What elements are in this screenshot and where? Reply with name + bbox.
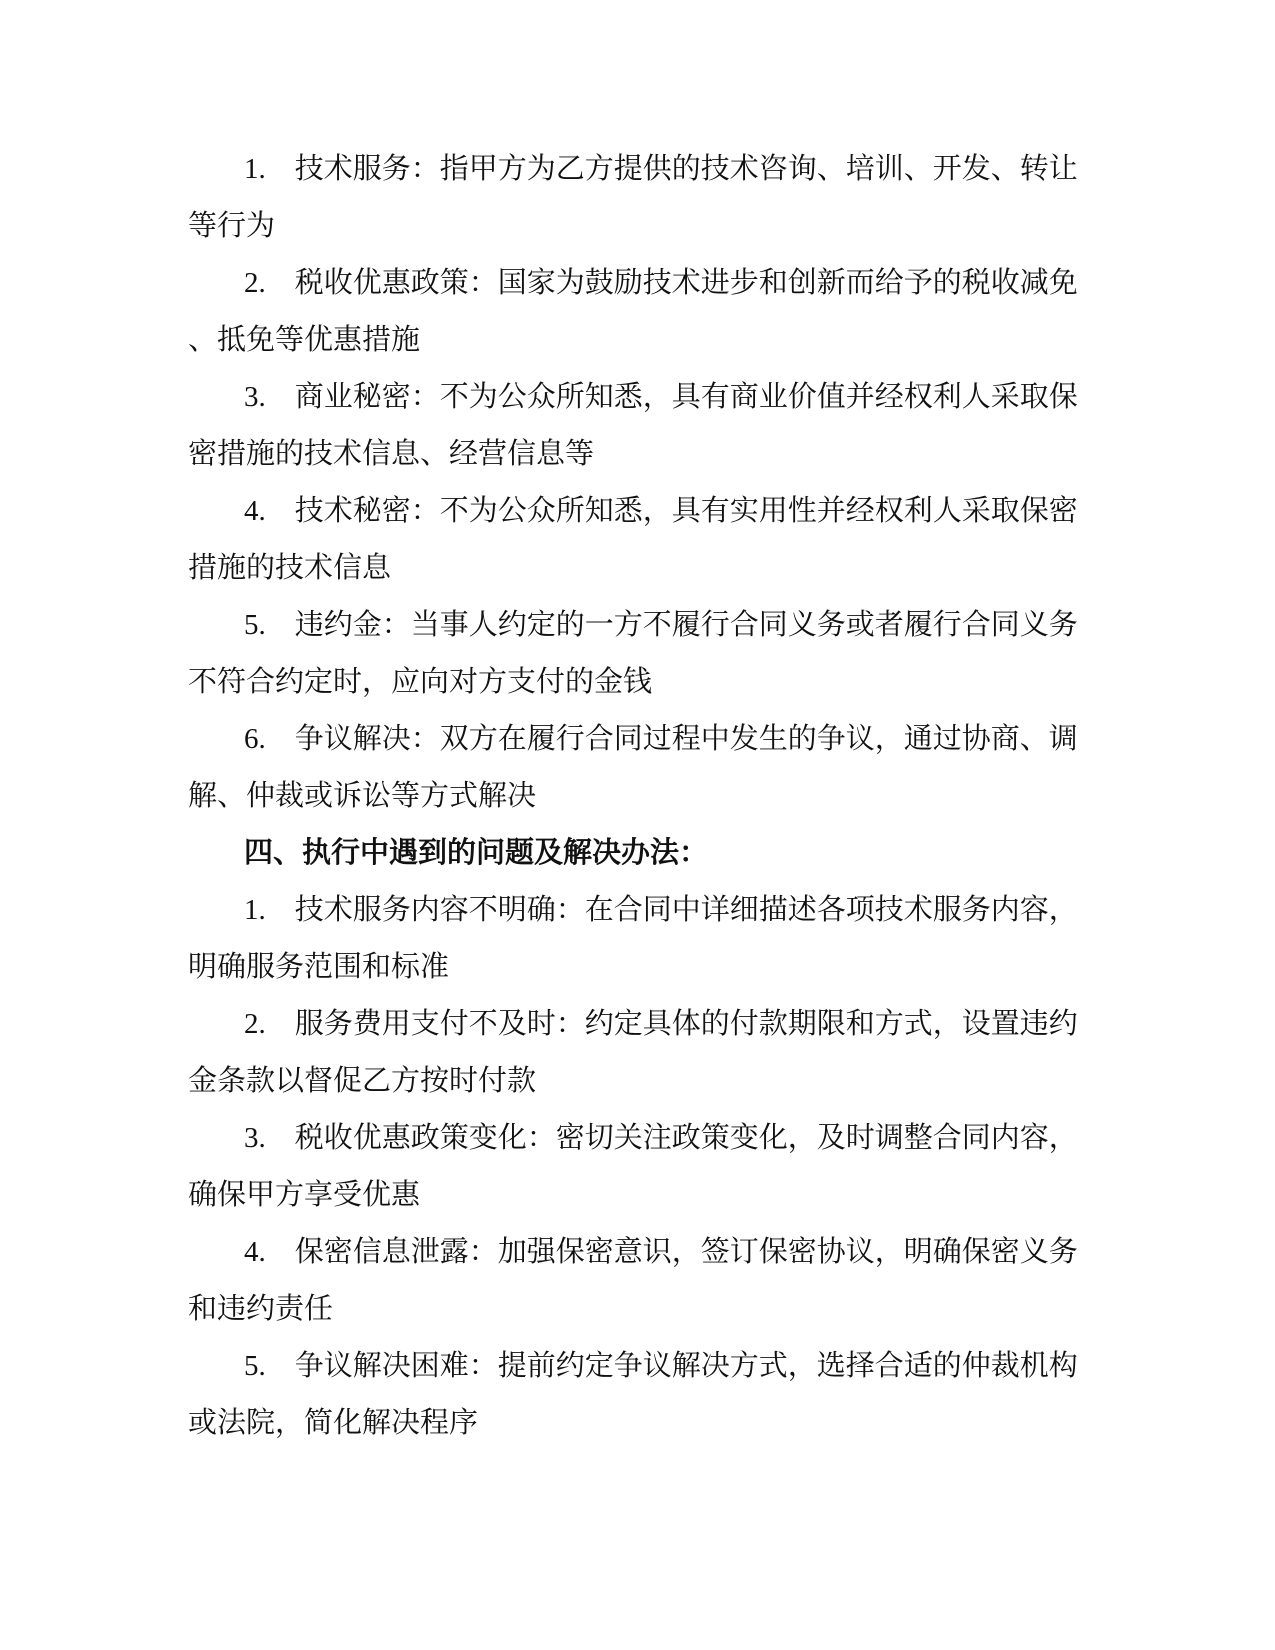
- clause-paragraph: 4. 保密信息泄露：加强保密意识，签订保密协议，明确保密义务 和违约责任: [188, 1224, 1088, 1338]
- document-body: 1. 技术服务：指甲方为乙方提供的技术咨询、培训、开发、转让 等行为2. 税收优…: [188, 141, 1088, 1452]
- clause-paragraph: 5. 违约金：当事人约定的一方不履行合同义务或者履行合同义务 不符合约定时，应向…: [188, 597, 1088, 711]
- clause-paragraph: 2. 服务费用支付不及时：约定具体的付款期限和方式，设置违约 金条款以督促乙方按…: [188, 996, 1088, 1110]
- clause-paragraph: 1. 技术服务：指甲方为乙方提供的技术咨询、培训、开发、转让 等行为: [188, 141, 1088, 255]
- clause-paragraph: 6. 争议解决：双方在履行合同过程中发生的争议，通过协商、调 解、仲裁或诉讼等方…: [188, 711, 1088, 825]
- document-page: 1. 技术服务：指甲方为乙方提供的技术咨询、培训、开发、转让 等行为2. 税收优…: [0, 0, 1275, 1650]
- clause-paragraph: 2. 税收优惠政策：国家为鼓励技术进步和创新而给予的税收减免 、抵免等优惠措施: [188, 255, 1088, 369]
- clause-paragraph: 4. 技术秘密：不为公众所知悉，具有实用性并经权利人采取保密 措施的技术信息: [188, 483, 1088, 597]
- section-heading: 四、执行中遇到的问题及解决办法：: [188, 825, 1088, 882]
- clause-paragraph: 5. 争议解决困难：提前约定争议解决方式，选择合适的仲裁机构 或法院，简化解决程…: [188, 1338, 1088, 1452]
- clause-paragraph: 3. 商业秘密：不为公众所知悉，具有商业价值并经权利人采取保 密措施的技术信息、…: [188, 369, 1088, 483]
- clause-paragraph: 3. 税收优惠政策变化：密切关注政策变化，及时调整合同内容， 确保甲方享受优惠: [188, 1110, 1088, 1224]
- clause-paragraph: 1. 技术服务内容不明确：在合同中详细描述各项技术服务内容， 明确服务范围和标准: [188, 882, 1088, 996]
